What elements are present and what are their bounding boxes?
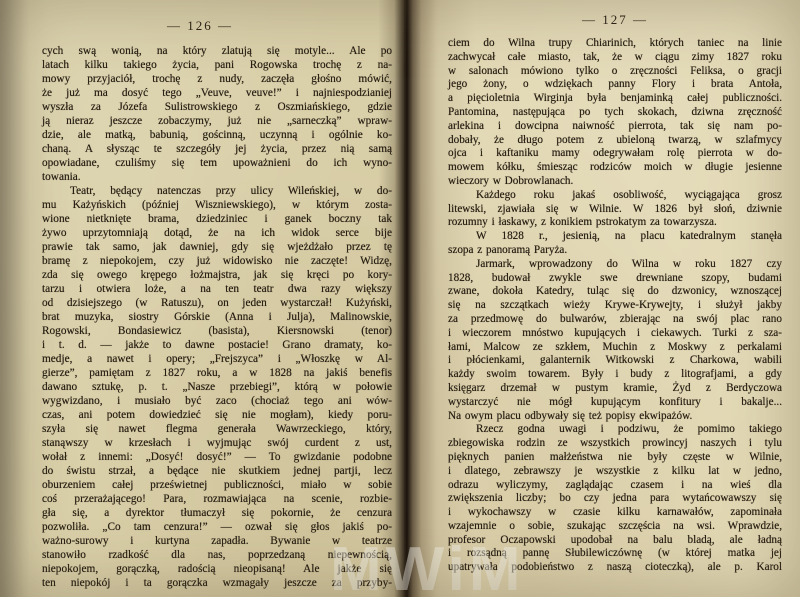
text-line: Pantomina, następująca po tych skokach, … (448, 106, 782, 120)
text-line: ojca i kaftaniku mamy odegrywałam rolę p… (448, 147, 782, 161)
text-line: łami, Malcow ze szkłem, Muchin z Moskwy … (448, 341, 782, 355)
text-line: dawano sztukę, p. t. „Nasze przebiegi”, … (42, 380, 392, 394)
text-line: i dlatego, zebrawszy je wszystkie z kilk… (448, 465, 782, 479)
text-line: opowiadane, czuliśmy się tem upoważnieni… (42, 156, 392, 170)
text-line: Teatr, będący natenczas przy ulicy Wileń… (42, 184, 392, 198)
text-line: upatrywała podobieństwo z naszą cioteczk… (448, 561, 782, 575)
text-line: szopa z panoramą Paryża. (448, 244, 782, 258)
book-photo: — 126 — — 127 — cych swą wonią, na który… (0, 0, 800, 597)
text-line: a pięcioletnia Wirginja była benjaminką … (448, 92, 782, 106)
text-line: pięknych panien małżeństwa nie były częs… (448, 451, 782, 465)
text-line: Na owym placu odbywały się też popisy ek… (448, 410, 782, 424)
text-line: litewski, zjawiała się w Wilnie. W 1826 … (448, 203, 782, 217)
text-line: zachwycał całe miasto, tak, że w ciągu z… (448, 51, 782, 65)
text-line: księgarz drzemał w pustym kramie, Żyd z … (448, 382, 782, 396)
text-line: czas, ani potem dowiedzieć się nie mogła… (42, 408, 392, 422)
text-line: i wieczorem mnóstwo kupujących i ciekawy… (448, 327, 782, 341)
text-line: wzajemnie o sobie, szukając szczęścia na… (448, 520, 782, 534)
text-line: ją nieraz jeszcze zobaczymy, już nie „sa… (42, 114, 392, 128)
text-line: tarzu i otwiera loże, a na ten teatr dwa… (42, 282, 392, 296)
text-line: Rogowski, Bondasiewicz (basista), Kiersn… (42, 324, 392, 338)
text-line: dobały, że długo potem z ubieloną twarzą… (448, 134, 782, 148)
text-line: Jarmark, wprowadzony do Wilna w roku 182… (448, 258, 782, 272)
text-line: 1828, budował zwykle swe drewniane szopy… (448, 272, 782, 286)
text-line: brat muzyka, siostry Górskie (Anna i Jul… (42, 310, 392, 324)
text-line: że już ma dosyć tego „Veuve, veuve!” i n… (42, 86, 392, 100)
text-line: zwiększenia liczby; bo czy jedna para wy… (448, 492, 782, 506)
text-line: W 1828 r., jesienią, na placu katedralny… (448, 230, 782, 244)
text-line: mu Każyńskich (później Wiszniewskiego), … (42, 198, 392, 212)
text-block-right: ciem do Wilna trupy Chiarinich, których … (448, 37, 782, 575)
text-line: wygwizdano, i musiało być zaco (chociaż … (42, 394, 392, 408)
text-line: mowem kółku, śmiesząc rodziców moich w d… (448, 161, 782, 175)
text-line: ciem do Wilna trupy Chiarinich, których … (448, 37, 782, 51)
text-line: wione nietknięte brama, dziedziniec i ga… (42, 212, 392, 226)
page-number-left: — 126 — (22, 18, 378, 34)
text-line: i płócienkami, galanternik Witkowski z C… (448, 354, 782, 368)
text-line: oburzeniem całej prześwietnej publicznoś… (42, 478, 392, 492)
text-line: każdy swoim towarem. Były i budy z litog… (448, 368, 782, 382)
text-line: gierze”, pamiętam z 1827 roku, a w 1828 … (42, 366, 392, 380)
text-line: za przedmowę do bulwarów, zbierając na s… (448, 313, 782, 327)
text-line: gła się, a dyrektor tłumaczył się pokorn… (42, 506, 392, 520)
text-line: wołał z innemi: „Dosyć! dosyć!” — To gwi… (42, 450, 392, 464)
text-line: do świstu strzał, a będące nie skutkiem … (42, 464, 392, 478)
text-line: mowy przyjaciół, trochę z nudy, zaczęła … (42, 72, 392, 86)
text-line: się na szczątkach wieży Krywe-Krywejty, … (448, 299, 782, 313)
text-line: pozwoliła. „Co tam cenzura!” — ozwał się… (42, 520, 392, 534)
text-line: rozumny i łaskawy, z konikiem pstrokatym… (448, 216, 782, 230)
page-number-right: — 127 — (448, 12, 782, 28)
left-page-edge (0, 0, 30, 597)
text-line: chaną. A słysząc te szczegóły jej życia,… (42, 142, 392, 156)
text-line: zbiegowiska rodzin ze wszystkich prowinc… (448, 437, 782, 451)
text-line: profesor Oczapowski upodobał na balu bla… (448, 534, 782, 548)
text-line: dzie, ale matką, babunią, gościnną, uczy… (42, 128, 392, 142)
text-line: jego żony, o wdziękach panny Flory i bra… (448, 78, 782, 92)
text-line: stanowiło rzadkość dla nas, poprzedzaną … (42, 548, 392, 562)
text-line: arlekina i dowcipna naiwność pierrota, t… (448, 120, 782, 134)
text-line: zda się owego krępego łożmajstra, jak si… (42, 268, 392, 282)
text-line: Każdego roku jakaś osobliwość, wyciągają… (448, 189, 782, 203)
text-line: niepokojem, gorączką, radością nieopisan… (42, 562, 392, 576)
text-line: bramę z niepokojem, czy już widowisko ni… (42, 254, 392, 268)
text-line: coś przerażającego! Para, rozmawiająca n… (42, 492, 392, 506)
text-line: zwane, dokoła Katedry, tuląc się do dzwo… (448, 285, 782, 299)
text-line: odrazu wyliczymy, zaglądając czasem i na… (448, 479, 782, 493)
text-line: towania. (42, 170, 392, 184)
text-line: od dzisiejszego (w Ratuszu), on jeden wy… (42, 296, 392, 310)
text-line: wyszła za Józefa Sulistrowskiego z Oszmi… (42, 100, 392, 114)
text-line: ważno-surowy i kurtyna zapadła. Bywanie … (42, 534, 392, 548)
text-block-left: cych swą wonią, na który zlatują się mot… (42, 44, 392, 590)
text-line: Rzecz godna uwagi i podziwu, że pomimo t… (448, 423, 782, 437)
text-line: żywo uprzytomniają dotąd, że na ich wido… (42, 226, 392, 240)
text-line: prawie tak samo, jak dawniej, gdy się wj… (42, 240, 392, 254)
text-line: i wykochawszy w czasie kilku karnawałów,… (448, 506, 782, 520)
text-line: wystarczyć nie mógł kupującym konfitury … (448, 396, 782, 410)
text-line: cych swą wonią, na który zlatują się mot… (42, 44, 392, 58)
text-line: i t. d. — jakże to dawne postacie! Grano… (42, 338, 392, 352)
text-line: medje, a nawet i opery; „Frejszyca” i „W… (42, 352, 392, 366)
text-line: stanąwszy w krzesłach i wyjmując swój cu… (42, 436, 392, 450)
text-line: latach kilku takiego życia, pani Rogowsk… (42, 58, 392, 72)
text-line: wieczory w Dobrowlanach. (448, 175, 782, 189)
text-line: ten niepokój i ta gorączka wzmagały jesz… (42, 576, 392, 590)
text-line: szyła się nawet flegma generała Wawrzeck… (42, 422, 392, 436)
text-line: w salonach mówiono tylko o zręczności Fe… (448, 65, 782, 79)
text-line: i rozsądną pannę Słubilewiczównę (w któr… (448, 547, 782, 561)
